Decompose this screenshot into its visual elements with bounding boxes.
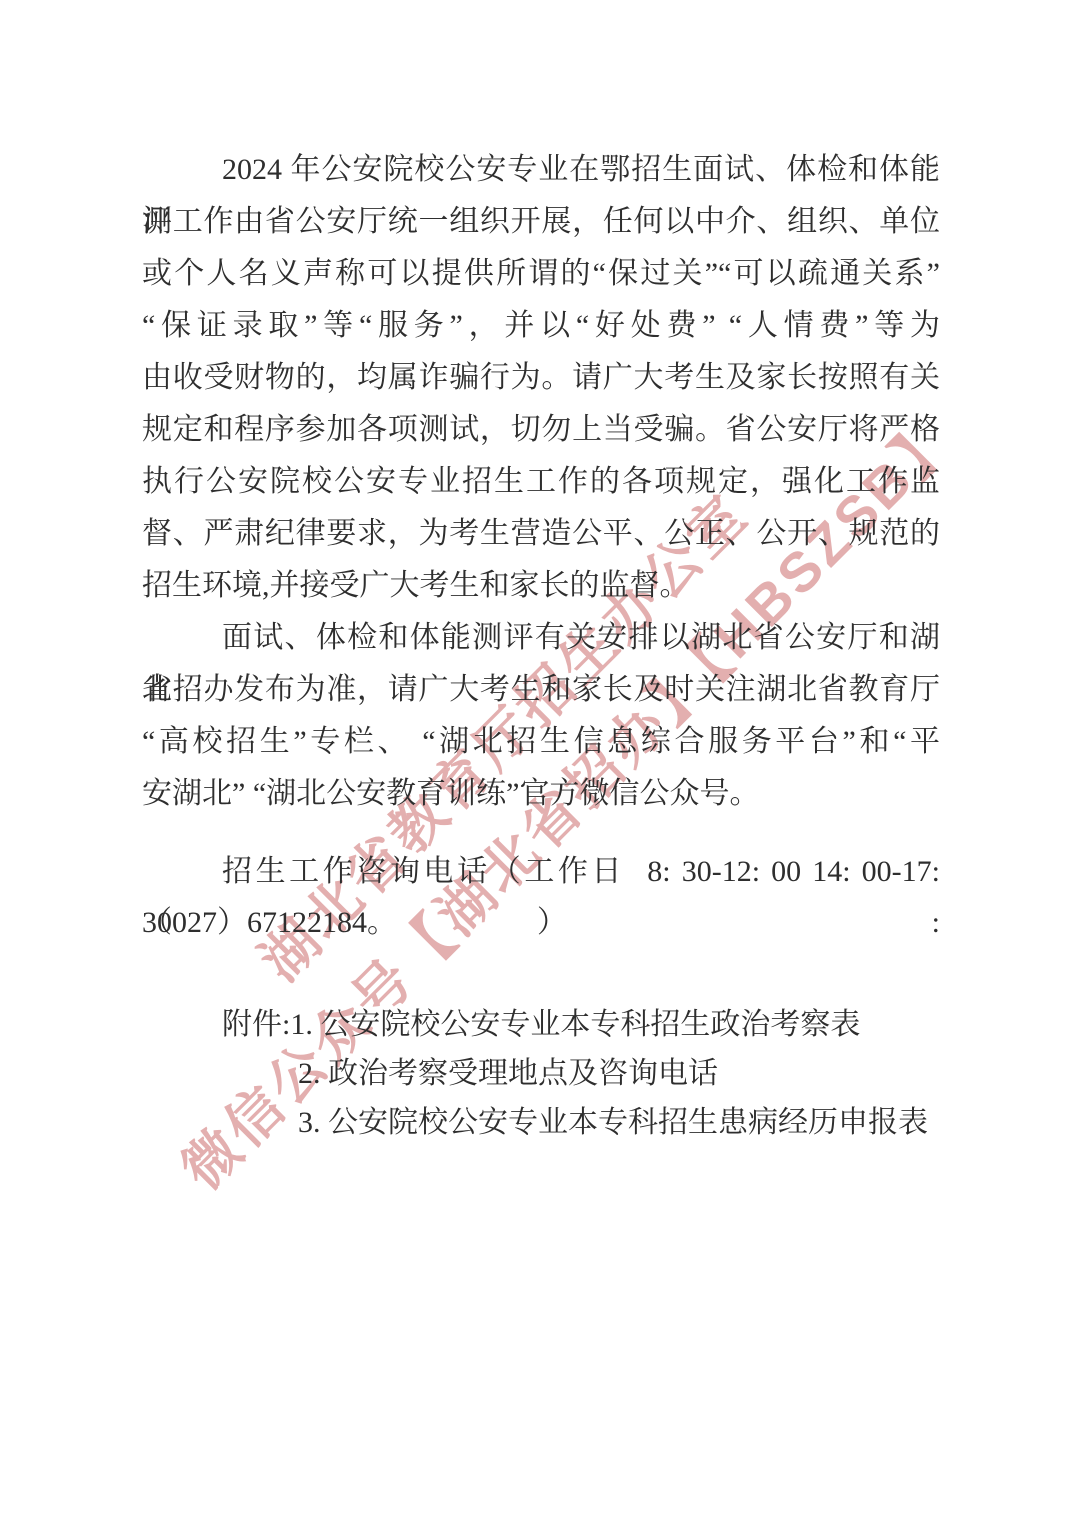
attachments-list: 附件:1. 公安院校公安专业本专科招生政治考察表 2. 政治考察受理地点及咨询电… [142,1000,940,1147]
body-line: “保证录取”等“服务”，并以“好处费” “人情费”等为 [142,300,940,352]
consultation-phone: 招生工作咨询电话（工作日 8: 30-12: 00 14: 00-17: 30）… [142,846,940,948]
body-line: 执行公安院校公安专业招生工作的各项规定，强化工作监 [142,456,940,508]
body-line: 安湖北” “湖北公安教育训练”官方微信公众号。 [142,768,940,820]
body-line: 省招办发布为准，请广大考生和家长及时关注湖北省教育厅 [142,664,940,716]
document-body: 2024 年公安院校公安专业在鄂招生面试、体检和体能测 评工作由省公安厅统一组织… [142,144,940,1147]
body-line: 由收受财物的，均属诈骗行为。请广大考生及家长按照有关 [142,352,940,404]
body-line: 招生环境,并接受广大考生和家长的监督。 [142,560,940,612]
attachment-item: 2. 政治考察受理地点及咨询电话 [142,1049,940,1098]
body-line: 面试、体检和体能测评有关安排以湖北省公安厅和湖北 [142,612,940,664]
body-line: 2024 年公安院校公安专业在鄂招生面试、体检和体能测 [142,144,940,196]
body-line: 规定和程序参加各项测试，切勿上当受骗。省公安厅将严格 [142,404,940,456]
attachment-item: 3. 公安院校公安专业本专科招生患病经历申报表 [142,1098,940,1147]
body-line: 督、严肃纪律要求，为考生营造公平、公正、公开、规范的 [142,508,940,560]
body-line: “高校招生”专栏、 “湖北招生信息综合服务平台”和“平 [142,716,940,768]
paragraph-2: 面试、体检和体能测评有关安排以湖北省公安厅和湖北 省招办发布为准，请广大考生和家… [142,612,940,820]
body-line: 或个人名义声称可以提供所谓的“保过关”“可以疏通关系” [142,248,940,300]
phone-line: 招生工作咨询电话（工作日 8: 30-12: 00 14: 00-17: 30）… [142,846,940,897]
document-page: 湖北省教育厅招生办公室 微信公众号【湖北省招办】【HBSZSB】 2024 年公… [0,0,1080,1527]
attachment-item: 附件:1. 公安院校公安专业本专科招生政治考察表 [142,1000,940,1049]
body-line: 评工作由省公安厅统一组织开展，任何以中介、组织、单位 [142,196,940,248]
paragraph-1: 2024 年公安院校公安专业在鄂招生面试、体检和体能测 评工作由省公安厅统一组织… [142,144,940,612]
